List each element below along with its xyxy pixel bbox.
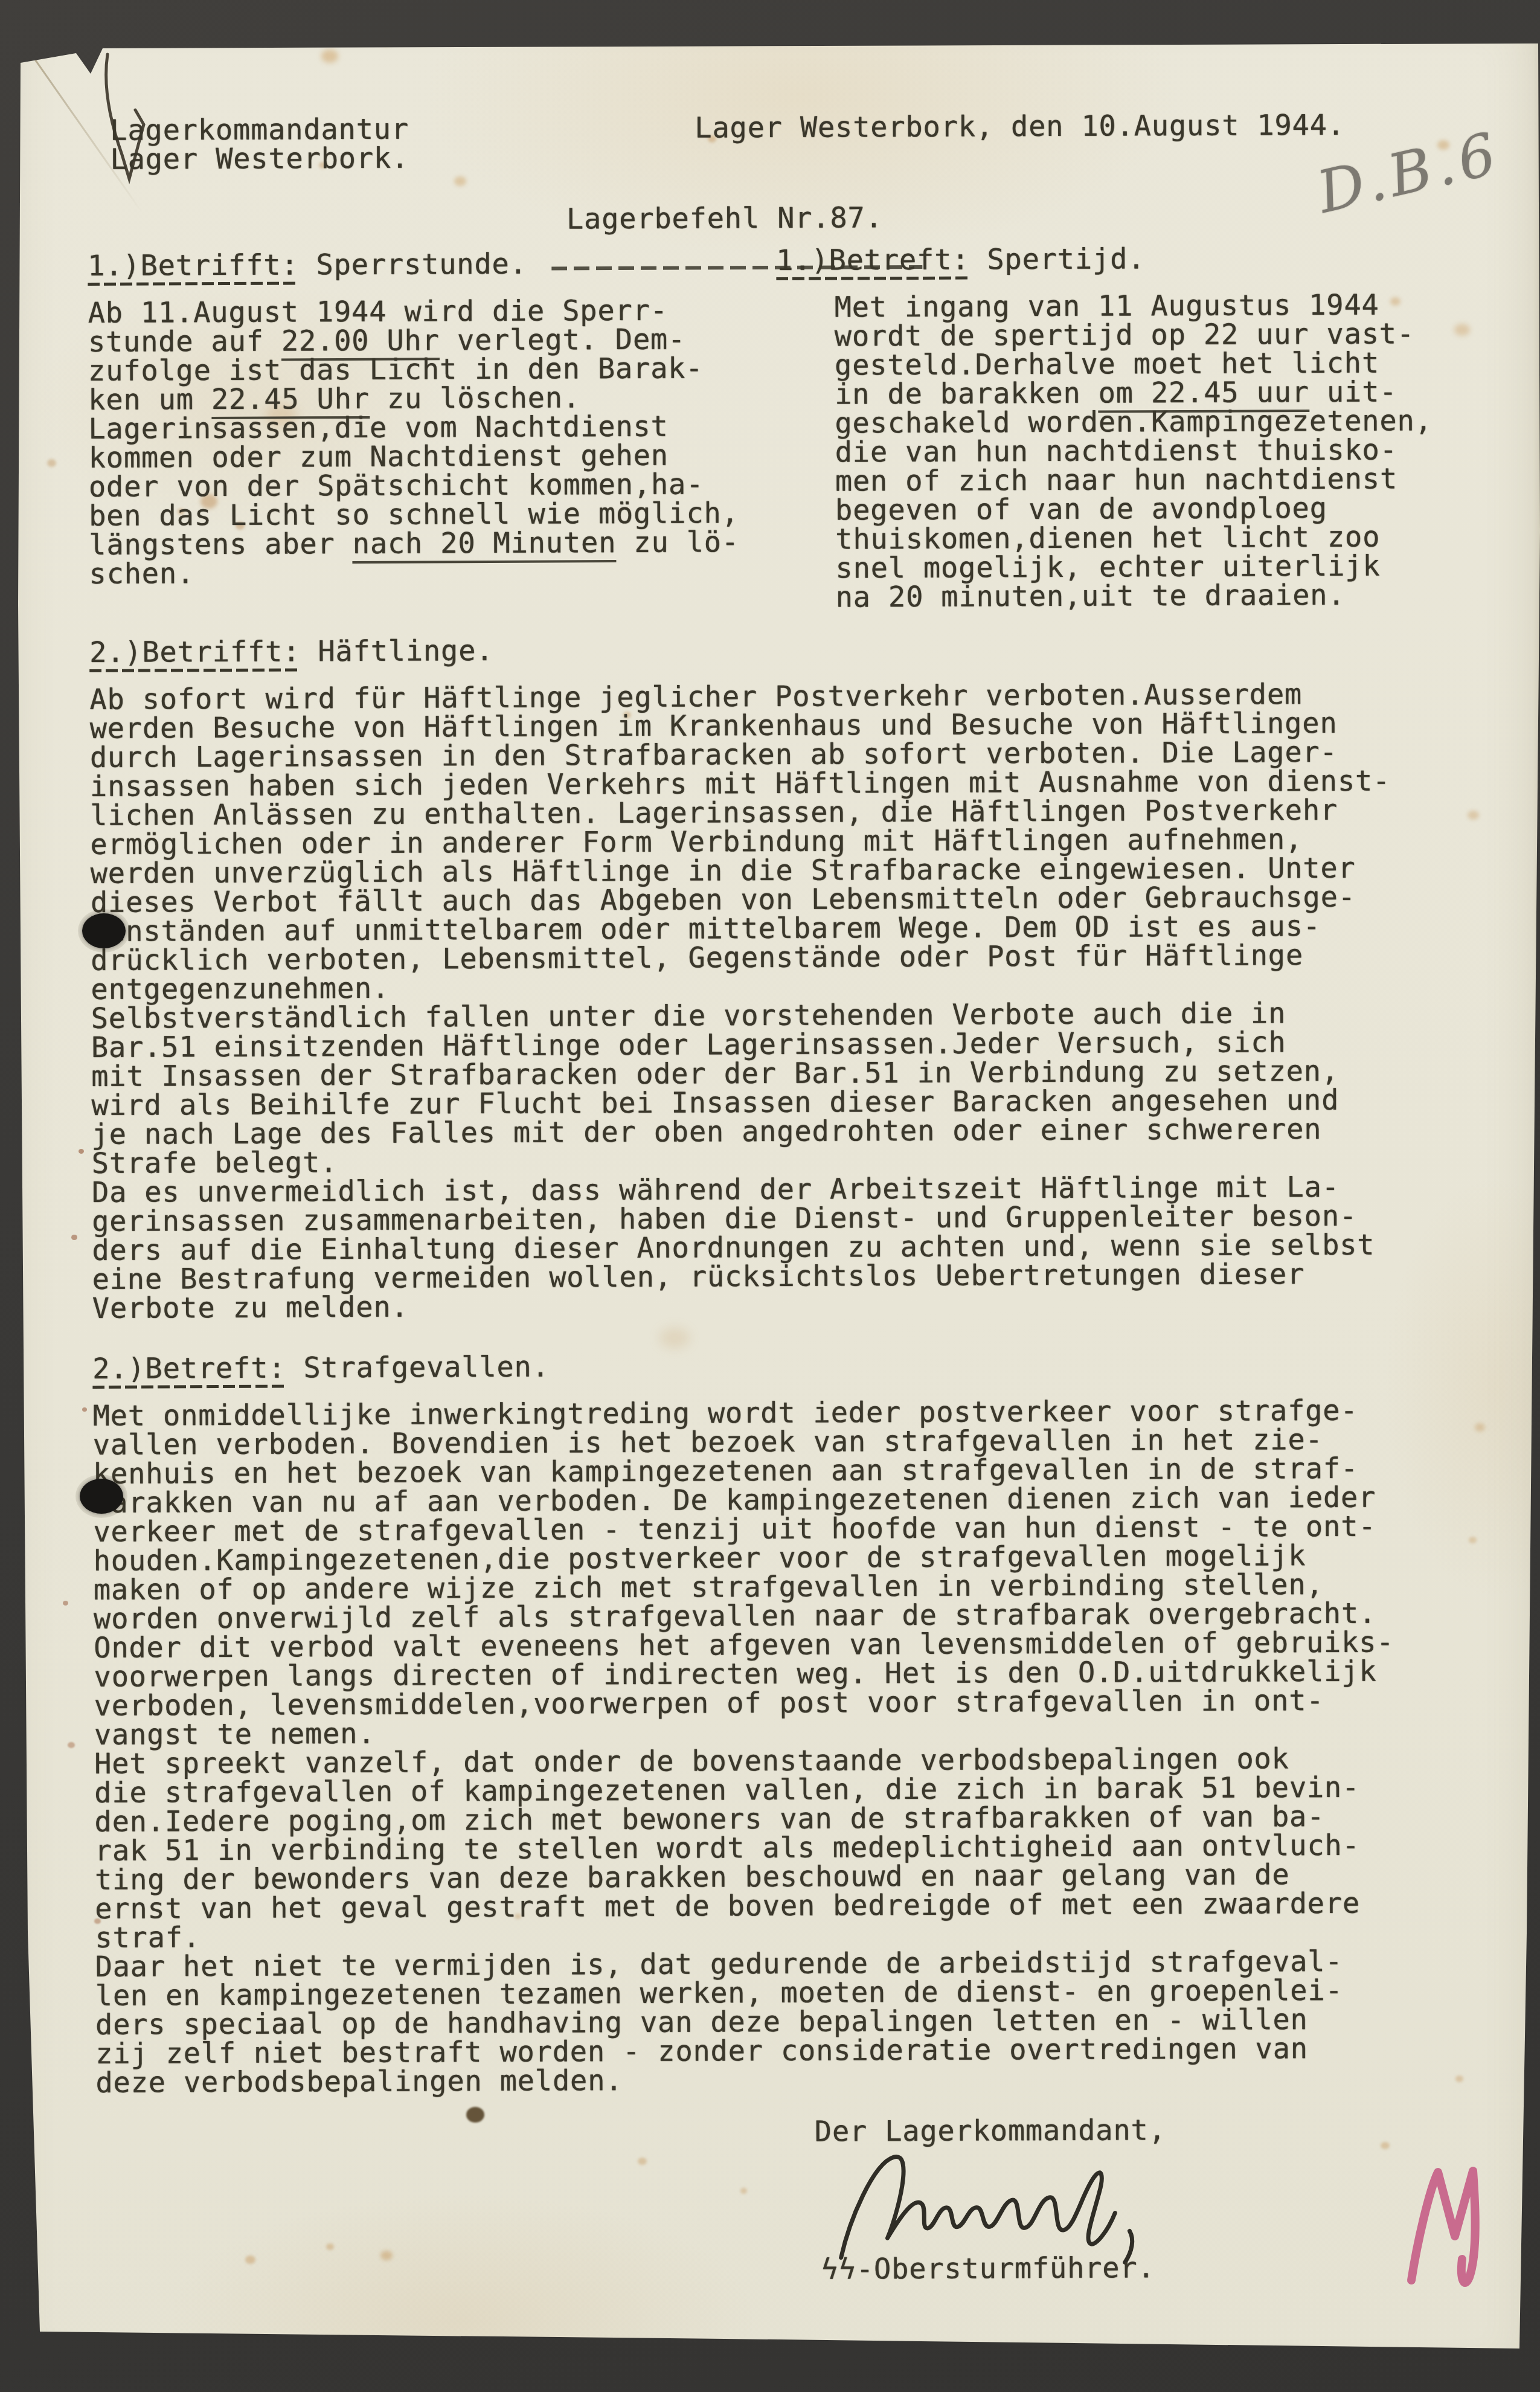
text-line: na 20 minuten,uit te draaien. bbox=[836, 580, 1472, 612]
age-spot bbox=[762, 11, 783, 27]
sender-line-1: Lagerkommandantur bbox=[110, 115, 409, 146]
col-de-body: Ab 11.August 1944 wird die Sperr- stunde… bbox=[88, 296, 778, 589]
typed-content: Lagerkommandantur Lager Westerbork. Lage… bbox=[0, 0, 1540, 2392]
paragraph: Selbstverständlich fallen unter die vors… bbox=[91, 998, 1487, 1178]
paragraph: Da es unvermeidlich ist, dass während de… bbox=[92, 1172, 1487, 1323]
punch-hole bbox=[82, 913, 126, 948]
signature-scrawl bbox=[829, 2141, 1216, 2267]
sender-line-2: Lager Westerbork. bbox=[110, 144, 409, 175]
sec-de-heading-rest: Häftlinge. bbox=[300, 634, 493, 668]
text-line: zufolge ist das Licht in den Barak- bbox=[88, 354, 777, 386]
text-line: Lagerinsassen,die vom Nachtdienst bbox=[88, 412, 777, 444]
text-line: längstens aber nach 20 Minuten zu lö- bbox=[89, 528, 777, 560]
scanned-document-page: Lagerkommandantur Lager Westerbork. Lage… bbox=[0, 0, 1540, 2392]
underlined-phrase: nach 20 Minuten bbox=[353, 526, 617, 564]
paragraph: Daar het niet te vermijden is, dat gedur… bbox=[95, 1947, 1490, 2098]
col-nl-heading-rest: Spertijd. bbox=[969, 242, 1145, 276]
rank-line: ϟϟ-Obersturmführer. bbox=[821, 2254, 1155, 2284]
col-nl-body: Met ingang van 11 Augustus 1944 wordt de… bbox=[776, 291, 1472, 612]
text-line: men of zich naar hun nachtdienst bbox=[835, 465, 1472, 497]
section-german-haeftlinge: 2.)Betrifft: Häftlinge. Ab sofort wird f… bbox=[89, 632, 1487, 1323]
col-nl-heading-num: 1.)Betreft: bbox=[776, 243, 969, 280]
col-nl-heading: 1.)Betreft: Spertijd. bbox=[776, 243, 1471, 275]
sender-block: Lagerkommandantur Lager Westerbork. bbox=[110, 115, 409, 175]
text-line: ken um 22.45 Uhr zu löschen. bbox=[88, 383, 777, 415]
pink-crayon-mark bbox=[1404, 2162, 1495, 2292]
paragraph: Ab sofort wird für Häftlinge jeglicher P… bbox=[89, 680, 1486, 1005]
paper-sheet: Lagerkommandantur Lager Westerbork. Lage… bbox=[0, 0, 1540, 2392]
punch-hole bbox=[80, 1479, 123, 1514]
section-dutch-strafgevallen: 2.)Betreft: Strafgevallen. Met onmiddell… bbox=[92, 1349, 1490, 2098]
col-de-heading-rest: Sperrstunde. bbox=[298, 248, 527, 282]
sec-nl-heading-num: 2.)Betreft: bbox=[92, 1352, 286, 1389]
sec-nl-body: Met onmiddellijke inwerkingtreding wordt… bbox=[92, 1396, 1490, 2098]
sec-de-body: Ab sofort wird für Häftlinge jeglicher P… bbox=[89, 680, 1487, 1323]
text-line: snel mogelijk, echter uiterlijk bbox=[835, 551, 1472, 584]
sec-de-heading-num: 2.)Betrifft: bbox=[89, 635, 300, 672]
col-de-heading: 1.)Betrifft: Sperrstunde. bbox=[88, 249, 776, 281]
sec-nl-heading: 2.)Betreft: Strafgevallen. bbox=[92, 1349, 1487, 1384]
sec-de-heading: 2.)Betrifft: Häftlinge. bbox=[89, 632, 1484, 667]
sec-nl-heading-rest: Strafgevallen. bbox=[286, 1351, 550, 1385]
dateline: Lager Westerbork, den 10.August 1944. bbox=[695, 111, 1345, 143]
document-title: Lagerbefehl Nr.87. bbox=[566, 204, 883, 234]
age-spot bbox=[382, 37, 391, 46]
paragraph: Met onmiddellijke inwerkingtreding wordt… bbox=[92, 1396, 1489, 1750]
column-dutch-spertijd: 1.)Betreft: Spertijd. Met ingang van 11 … bbox=[776, 243, 1472, 612]
paragraph: Het spreekt vanzelf, dat onder de bovens… bbox=[94, 1744, 1490, 1953]
column-german-sperrstunde: 1.)Betrifft: Sperrstunde. Ab 11.August 1… bbox=[88, 249, 777, 589]
col-de-heading-num: 1.)Betrifft: bbox=[88, 248, 298, 286]
